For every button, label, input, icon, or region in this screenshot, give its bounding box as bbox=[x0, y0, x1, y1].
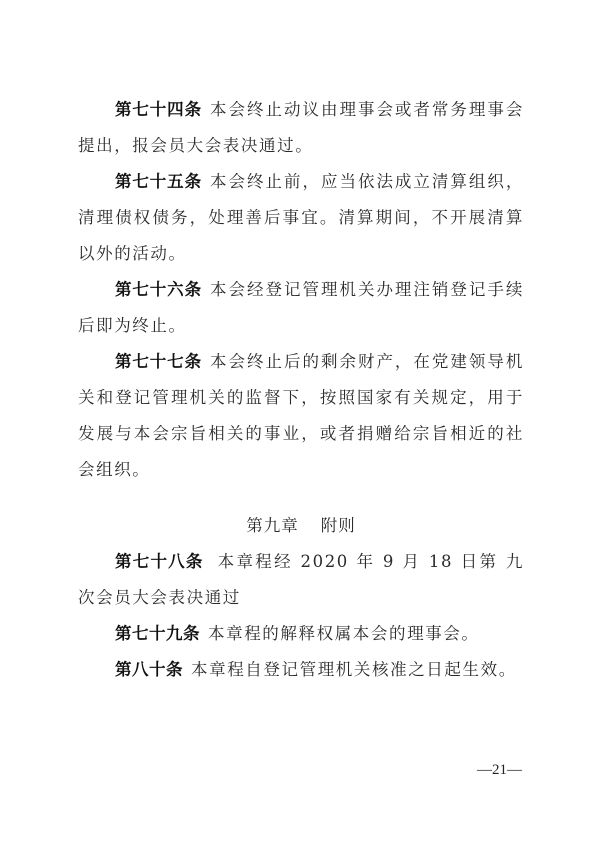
article-76: 第七十六条本会经登记管理机关办理注销登记手续后即为终止。 bbox=[78, 272, 524, 344]
chapter-title: 附则 bbox=[321, 516, 356, 535]
article-text: 本章程的解释权属本会的理事会。 bbox=[208, 624, 480, 643]
article-75: 第七十五条本会终止前，应当依法成立清算组织，清理债权债务，处理善后事宜。清算期间… bbox=[78, 164, 524, 272]
article-77: 第七十七条本会终止后的剩余财产，在党建领导机关和登记管理机关的监督下，按照国家有… bbox=[78, 344, 524, 488]
page-number: —21— bbox=[477, 762, 522, 779]
article-text: 本章程自登记管理机关核准之日起生效。 bbox=[191, 660, 517, 679]
article-label: 第七十四条 bbox=[115, 100, 202, 119]
article-text: 本会终止后的剩余财产，在党建领导机关和登记管理机关的监督下，按照国家有关规定，用… bbox=[78, 352, 524, 479]
article-label: 第七十五条 bbox=[115, 172, 202, 191]
article-78: 第七十八条本章程经 2020 年 9 月 18 日第 九 次会员大会表决通过 bbox=[78, 544, 524, 616]
article-80: 第八十条本章程自登记管理机关核准之日起生效。 bbox=[78, 652, 524, 688]
article-label: 第八十条 bbox=[115, 660, 183, 679]
article-label: 第七十七条 bbox=[115, 352, 202, 371]
article-79: 第七十九条本章程的解释权属本会的理事会。 bbox=[78, 616, 524, 652]
article-label: 第七十八条 bbox=[115, 552, 204, 571]
document-page: 第七十四条本会终止动议由理事会或者常务理事会提出，报会员大会表决通过。 第七十五… bbox=[78, 92, 524, 688]
article-label: 第七十六条 bbox=[115, 280, 202, 299]
chapter-heading: 第九章附则 bbox=[78, 508, 524, 544]
chapter-number: 第九章 bbox=[246, 516, 299, 535]
article-label: 第七十九条 bbox=[115, 624, 200, 643]
article-74: 第七十四条本会终止动议由理事会或者常务理事会提出，报会员大会表决通过。 bbox=[78, 92, 524, 164]
